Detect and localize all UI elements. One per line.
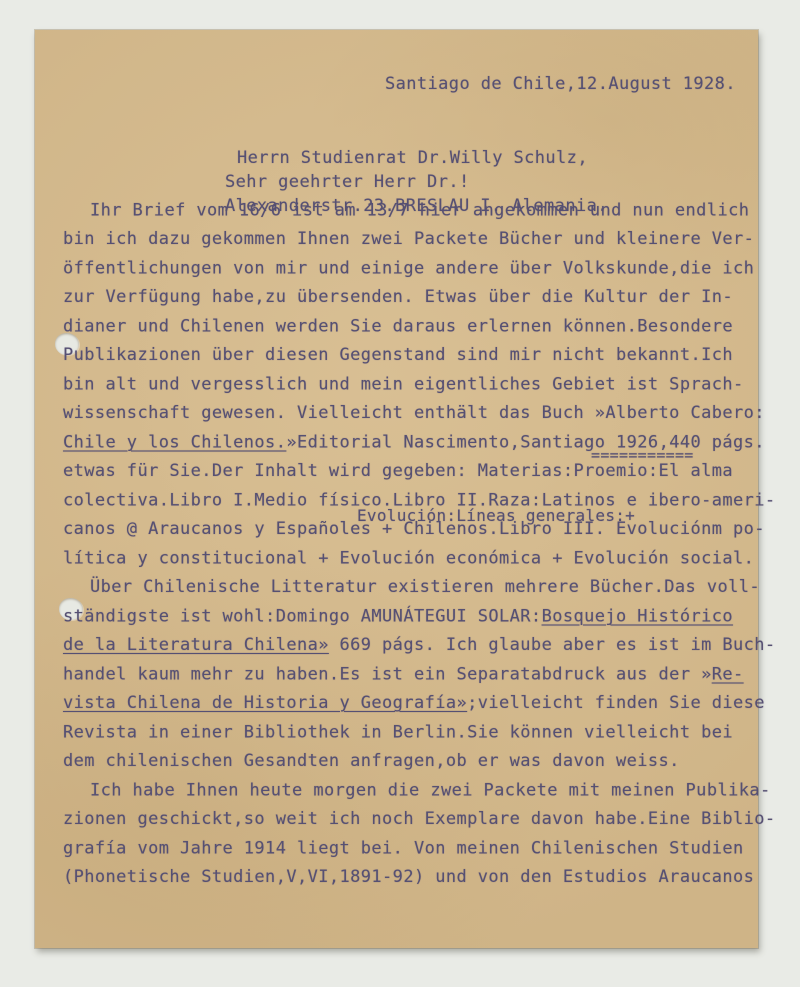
letter-line: grafía vom Jahre 1914 liegt bei. Von mei… (63, 835, 753, 864)
text-segment: Bosquejo Histórico (542, 607, 733, 627)
text-segment: grafía vom Jahre 1914 liegt bei. Von mei… (63, 839, 744, 859)
salutation: Sehr geehrter Herr Dr.! (225, 172, 470, 192)
letter-line: zionen geschickt,so weit ich noch Exempl… (63, 805, 753, 834)
letter-line: bin alt und vergesslich und mein eigentl… (63, 371, 753, 400)
text-segment: zionen geschickt,so weit ich noch Exempl… (63, 809, 776, 829)
letter-line: handel kaum mehr zu haben.Es ist ein Sep… (63, 661, 753, 690)
recipient-name: Herrn Studienrat Dr.Willy Schulz, (225, 150, 608, 166)
letter-line: ständigste ist wohl:Domingo AMUNÁTEGUI S… (63, 603, 753, 632)
text-segment: dem chilenischen Gesandten anfragen,ob e… (63, 751, 680, 771)
letter-paper: Santiago de Chile,12.August 1928. Herrn … (35, 30, 758, 948)
text-segment: Über Chilenische Litteratur existieren m… (90, 577, 760, 597)
letter-line: dianer und Chilenen werden Sie daraus er… (63, 313, 753, 342)
letter-line: Publikazionen über diesen Gegenstand sin… (63, 341, 753, 370)
page-background: { "page": { "background_color": "#e9ebe6… (0, 0, 800, 987)
letter-line: Revista in einer Bibliothek in Berlin.Si… (63, 719, 753, 748)
letter-line: bin ich dazu gekommen Ihnen zwei Packete… (63, 225, 753, 254)
text-segment: lítica y constitucional + Evolución econ… (63, 549, 754, 569)
text-segment: Ich habe Ihnen heute morgen die zwei Pac… (90, 781, 771, 801)
letter-line: Ich habe Ihnen heute morgen die zwei Pac… (63, 777, 753, 806)
dateline: Santiago de Chile,12.August 1928. (385, 74, 736, 94)
letter-line: lítica y constitucional + Evolución econ… (63, 545, 753, 574)
text-segment: öffentlichungen von mir und einige ander… (63, 259, 754, 279)
interline-insertion: Evolución:Líneas generales:+ (357, 506, 635, 525)
text-segment: wissenschaft gewesen. Vielleicht enthält… (63, 403, 765, 423)
text-segment: Publikazionen über diesen Gegenstand sin… (63, 345, 733, 365)
text-segment: bin alt und vergesslich und mein eigentl… (63, 375, 744, 395)
letter-line: vista Chilena de Historia y Geografía»;v… (63, 689, 753, 718)
text-segment: Ihr Brief vom 16/6 ist am 13/7 hier ange… (90, 201, 749, 221)
letter-body: Ihr Brief vom 16/6 ist am 13/7 hier ange… (63, 196, 753, 892)
text-segment: (Phonetische Studien,V,VI,1891-92) und v… (63, 867, 754, 887)
text-segment: ;vielleicht finden Sie diese (467, 693, 765, 713)
letter-line: Über Chilenische Litteratur existieren m… (63, 573, 753, 602)
text-segment: handel kaum mehr zu haben.Es ist ein Sep… (63, 665, 712, 685)
letter-line: de la Literatura Chilena» 669 págs. Ich … (63, 631, 753, 660)
letter-line: öffentlichungen von mir und einige ander… (63, 255, 753, 284)
text-segment: de la Literatura Chilena» (63, 635, 329, 655)
text-segment: Revista in einer Bibliothek in Berlin.Si… (63, 723, 733, 743)
text-segment: dianer und Chilenen werden Sie daraus er… (63, 317, 733, 337)
text-segment: Re- (712, 665, 744, 685)
letter-line: Ihr Brief vom 16/6 ist am 13/7 hier ange… (63, 197, 753, 226)
typed-underline-marks: =========== (591, 446, 694, 464)
text-segment: zur Verfügung habe,zu übersenden. Etwas … (63, 287, 733, 307)
letter-line: zur Verfügung habe,zu übersenden. Etwas … (63, 283, 753, 312)
text-segment: ständigste ist wohl:Domingo AMUNÁTEGUI S… (63, 607, 542, 627)
letter-line: (Phonetische Studien,V,VI,1891-92) und v… (63, 863, 753, 892)
letter-line: dem chilenischen Gesandten anfragen,ob e… (63, 747, 753, 776)
text-segment: etwas für Sie.Der Inhalt wird gegeben: M… (63, 461, 733, 481)
text-segment: Chile y los Chilenos. (63, 433, 286, 453)
letter-line: wissenschaft gewesen. Vielleicht enthält… (63, 399, 753, 428)
text-segment: bin ich dazu gekommen Ihnen zwei Packete… (63, 229, 754, 249)
text-segment: 669 págs. Ich glaube aber es ist im Buch… (329, 635, 776, 655)
text-segment: vista Chilena de Historia y Geografía» (63, 693, 467, 713)
